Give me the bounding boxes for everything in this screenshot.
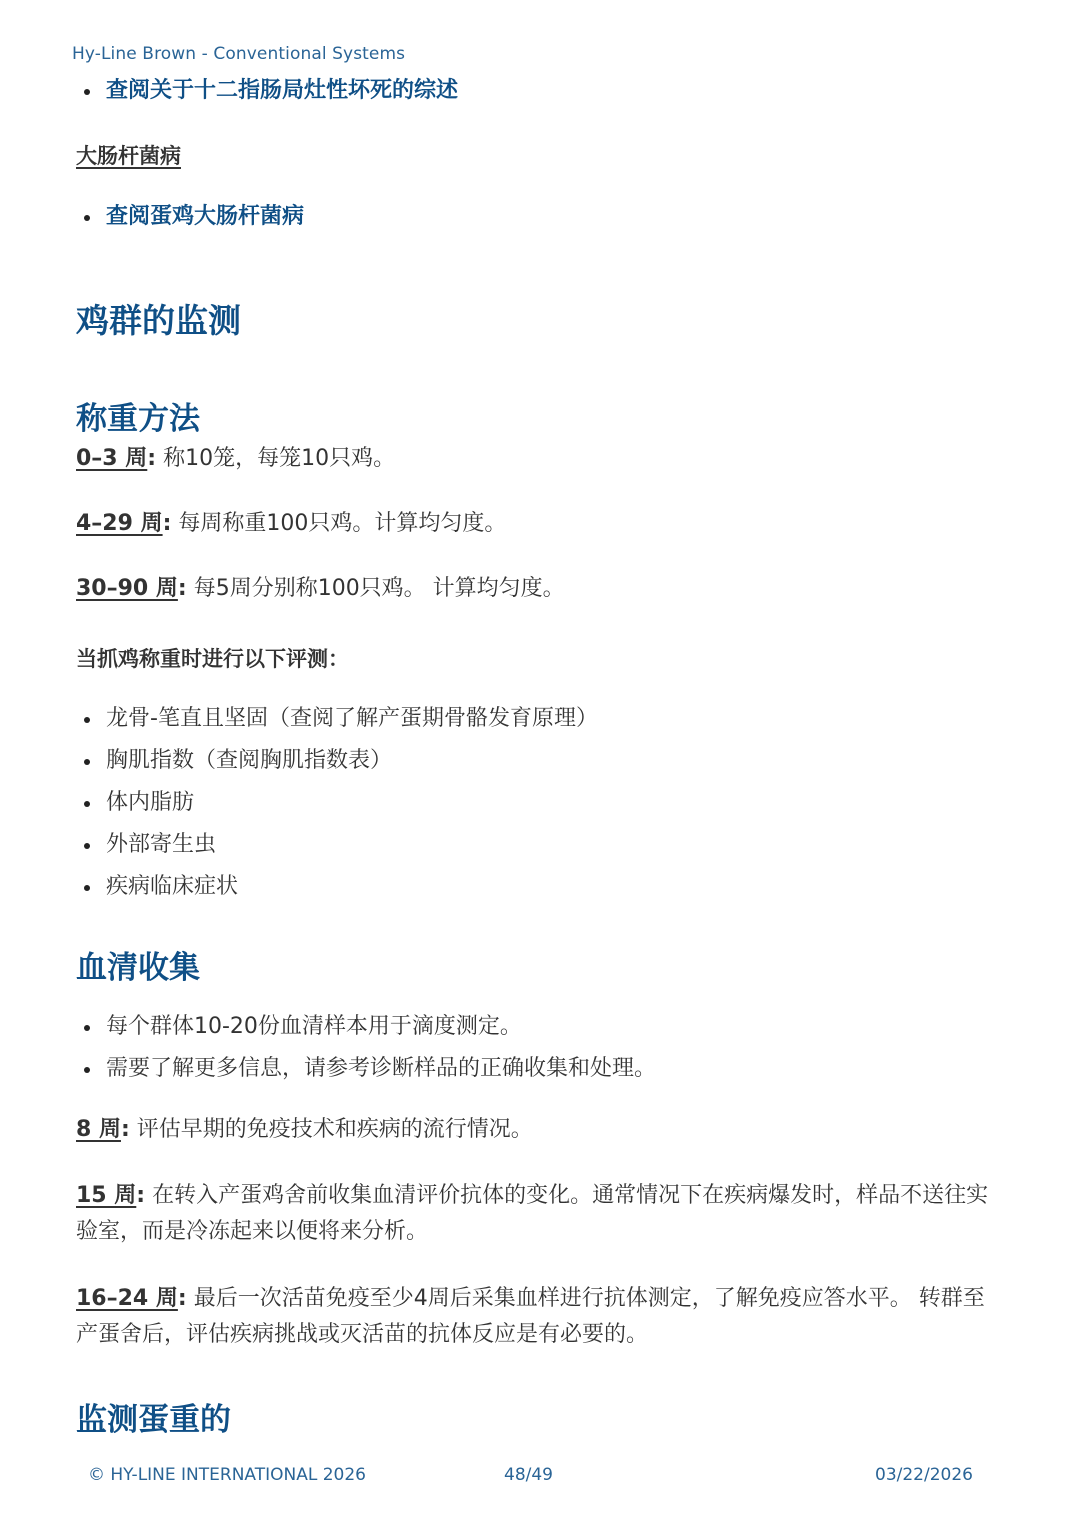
flock-monitoring-heading: 鸡群的监测 <box>76 295 241 342</box>
duodenum-link-list: 查阅关于十二指肠局灶性坏死的综述 <box>76 70 458 112</box>
weighing-method-heading: 称重方法 <box>76 393 200 438</box>
serum-item-15-weeks: 15 周: 在转入产蛋鸡舍前收集血清评价抗体的变化。通常情况下在疾病爆发时，样品… <box>76 1178 1006 1250</box>
egg-weight-monitoring-heading: 监测蛋重的 <box>76 1394 231 1439</box>
weighing-text: 称10笼，每笼10只鸡。 <box>156 446 395 471</box>
serum-collection-heading: 血清收集 <box>76 942 200 987</box>
evaluation-list: 龙骨-笔直且坚固（查阅了解产蛋期骨骼发育原理） 胸肌指数（查阅胸肌指数表） 体内… <box>76 698 598 908</box>
serum-text: 最后一次活苗免疫至少4周后采集血样进行抗体测定，了解免疫应答水平。 转群至产蛋舍… <box>76 1286 985 1347</box>
footer-copyright: © HY-LINE INTERNATIONAL 2026 <box>88 1465 366 1485</box>
serum-bullet-list: 每个群体10-20份血清样本用于滴度测定。 需要了解更多信息，请参考诊断样品的正… <box>76 1006 656 1090</box>
list-item: 体内脂肪 <box>76 782 598 824</box>
weighing-item-4-29-weeks: 4–29 周: 每周称重100只鸡。计算均匀度。 <box>76 506 506 542</box>
list-item[interactable]: 查阅关于十二指肠局灶性坏死的综述 <box>76 70 458 112</box>
footer-page-number: 48/49 <box>504 1465 553 1485</box>
weighing-item-30-90-weeks: 30–90 周: 每5周分别称100只鸡。 计算均匀度。 <box>76 571 565 607</box>
weighing-text: 每周称重100只鸡。计算均匀度。 <box>171 511 506 536</box>
list-item: 龙骨-笔直且坚固（查阅了解产蛋期骨骼发育原理） <box>76 698 598 740</box>
list-item: 每个群体10-20份血清样本用于滴度测定。 <box>76 1006 656 1048</box>
ecoli-layers-link[interactable]: 查阅蛋鸡大肠杆菌病 <box>106 204 304 229</box>
serum-item-8-weeks: 8 周: 评估早期的免疫技术和疾病的流行情况。 <box>76 1112 533 1148</box>
ecoli-link-list: 查阅蛋鸡大肠杆菌病 <box>76 196 304 238</box>
serum-item-16-24-weeks: 16–24 周: 最后一次活苗免疫至少4周后采集血样进行抗体测定，了解免疫应答水… <box>76 1281 1006 1353</box>
footer-date: 03/22/2026 <box>875 1465 973 1485</box>
week-range-label: 30–90 周 <box>76 576 178 601</box>
review-duodenum-link[interactable]: 查阅关于十二指肠局灶性坏死的综述 <box>106 78 458 103</box>
list-item: 外部寄生虫 <box>76 824 598 866</box>
serum-text: 在转入产蛋鸡舍前收集血清评价抗体的变化。通常情况下在疾病爆发时，样品不送往实验室… <box>76 1183 988 1244</box>
serum-text: 评估早期的免疫技术和疾病的流行情况。 <box>130 1117 533 1142</box>
evaluation-intro: 当抓鸡称重时进行以下评测： <box>76 643 349 673</box>
ecoli-heading: 大肠杆菌病 <box>76 140 181 170</box>
list-item: 需要了解更多信息，请参考诊断样品的正确收集和处理。 <box>76 1048 656 1090</box>
list-item: 胸肌指数（查阅胸肌指数表） <box>76 740 598 782</box>
week-range-label: 4–29 周 <box>76 511 163 536</box>
week-label: 8 周 <box>76 1117 121 1142</box>
weighing-item-0-3-weeks: 0–3 周: 称10笼，每笼10只鸡。 <box>76 441 395 477</box>
document-header-title: Hy-Line Brown - Conventional Systems <box>72 44 405 64</box>
week-label: 15 周 <box>76 1183 136 1208</box>
list-item: 疾病临床症状 <box>76 866 598 908</box>
week-range-label: 16–24 周 <box>76 1286 178 1311</box>
week-range-label: 0–3 周 <box>76 446 147 471</box>
weighing-text: 每5周分别称100只鸡。 计算均匀度。 <box>187 576 565 601</box>
list-item[interactable]: 查阅蛋鸡大肠杆菌病 <box>76 196 304 238</box>
